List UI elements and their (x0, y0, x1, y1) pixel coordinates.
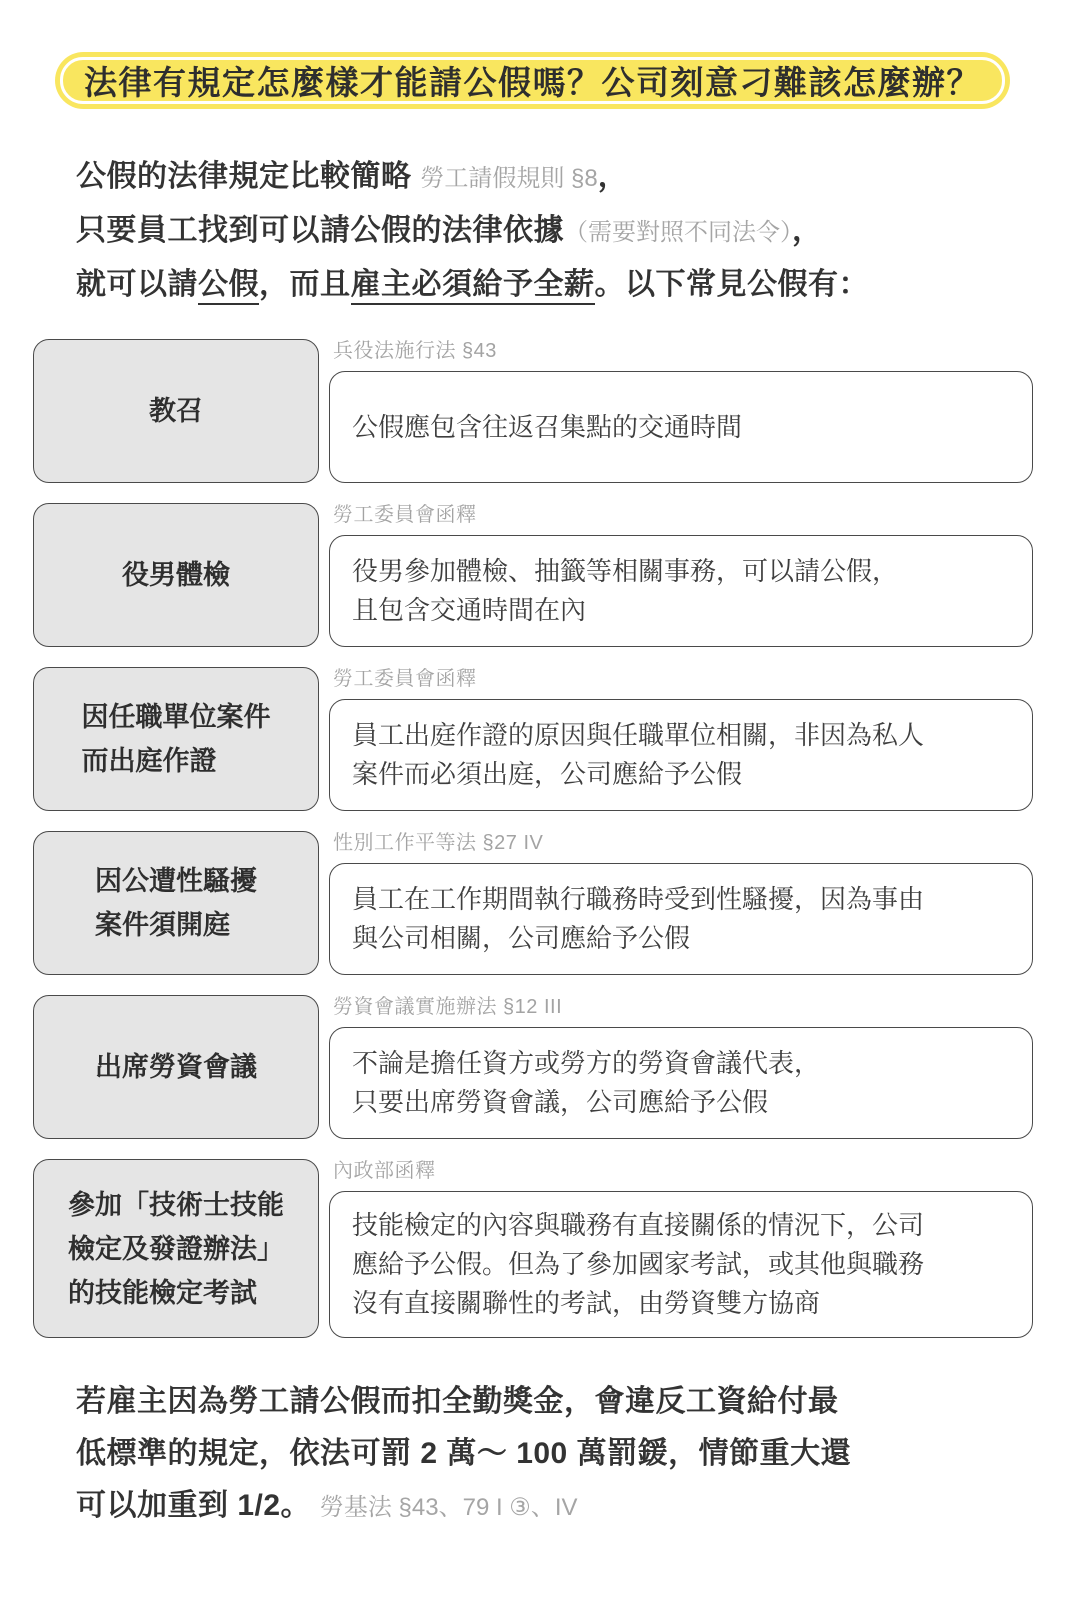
intro-paragraph: 公假的法律規定比較簡略 勞工請假規則 §8， 只要員工找到可以請公假的法律依據（… (76, 151, 1035, 311)
description-box: 員工出庭作證的原因與任職單位相關，非因為私人 案件而必須出庭，公司應給予公假 (329, 699, 1033, 811)
leave-row-military-recall: 教召 兵役法施行法 §43 公假應包含往返召集點的交通時間 (33, 339, 1033, 483)
title-banner: 法律有規定怎麼樣才能請公假嗎？公司刻意刁難該怎麼辦？ (55, 52, 1010, 109)
leave-row-harassment-hearing: 因公遭性騷擾 案件須開庭 性別工作平等法 §27 IV 員工在工作期間執行職務時… (33, 831, 1033, 975)
page-title: 法律有規定怎麼樣才能請公假嗎？公司刻意刁難該怎麼辦？ (84, 57, 981, 104)
intro-line-2: 只要員工找到可以請公假的法律依據（需要對照不同法令）， (76, 205, 1035, 259)
leave-row-court-witness: 因任職單位案件 而出庭作證 勞工委員會函釋 員工出庭作證的原因與任職單位相關，非… (33, 667, 1033, 811)
footer-paragraph: 若雇主因為勞工請公假而扣全勤獎金，會違反工資給付最 低標準的規定，依法可罰 2 … (76, 1376, 1025, 1534)
description-box: 員工在工作期間執行職務時受到性騷擾，因為事由 與公司相關，公司應給予公假 (329, 863, 1033, 975)
description-text: 不論是擔任資方或勞方的勞資會議代表， 只要出席勞資會議，公司應給予公假 (352, 1044, 820, 1122)
intro-line-3: 就可以請公假，而且雇主必須給予全薪。以下常見公假有： (76, 259, 1035, 311)
law-source-label: 性別工作平等法 §27 IV (333, 831, 1033, 855)
description-box: 不論是擔任資方或勞方的勞資會議代表， 只要出席勞資會議，公司應給予公假 (329, 1027, 1033, 1139)
intro-underline-gongjia: 公假 (198, 268, 259, 305)
footer-text: 若雇主因為勞工請公假而扣全勤獎金，會違反工資給付最 低標準的規定，依法可罰 2 … (76, 1376, 1025, 1534)
category-box: 役男體檢 (33, 503, 319, 647)
intro-line-1: 公假的法律規定比較簡略 勞工請假規則 §8， (76, 151, 1035, 205)
description-text: 公假應包含往返召集點的交通時間 (352, 408, 742, 447)
intro-line-3-part-2: ，而且 (259, 268, 351, 301)
description-text: 員工在工作期間執行職務時受到性騷擾，因為事由 與公司相關，公司應給予公假 (352, 880, 924, 958)
category-label: 教召 (149, 389, 203, 433)
intro-line-3-part-3: 。以下常見公假有： (595, 268, 870, 301)
description-box: 役男參加體檢、抽籤等相關事務，可以請公假， 且包含交通時間在內 (329, 535, 1033, 647)
description-box: 技能檢定的內容與職務有直接關係的情況下，公司 應給予公假。但為了參加國家考試，或… (329, 1191, 1033, 1338)
category-box: 教召 (33, 339, 319, 483)
description-text: 役男參加體檢、抽籤等相關事務，可以請公假， 且包含交通時間在內 (352, 552, 898, 630)
row-content: 兵役法施行法 §43 公假應包含往返召集點的交通時間 (329, 339, 1033, 483)
row-content: 內政部函釋 技能檢定的內容與職務有直接關係的情況下，公司 應給予公假。但為了參加… (329, 1159, 1033, 1338)
law-source-label: 勞工委員會函釋 (333, 667, 1033, 691)
intro-line-1-main: 公假的法律規定比較簡略 (76, 160, 412, 193)
category-label: 因公遭性騷擾 案件須開庭 (95, 859, 257, 947)
intro-line-2-tail: ， (792, 214, 823, 247)
row-content: 性別工作平等法 §27 IV 員工在工作期間執行職務時受到性騷擾，因為事由 與公… (329, 831, 1033, 975)
row-content: 勞工委員會函釋 役男參加體檢、抽籤等相關事務，可以請公假， 且包含交通時間在內 (329, 503, 1033, 647)
category-box: 出席勞資會議 (33, 995, 319, 1139)
intro-line-3-part-1: 就可以請 (76, 268, 198, 301)
law-source-label: 勞資會議實施辦法 §12 III (333, 995, 1033, 1019)
leave-row-labor-meeting: 出席勞資會議 勞資會議實施辦法 §12 III 不論是擔任資方或勞方的勞資會議代… (33, 995, 1033, 1139)
category-label: 參加「技術士技能 檢定及發證辦法」 的技能檢定考試 (68, 1183, 284, 1315)
public-leave-infographic: 法律有規定怎麼樣才能請公假嗎？公司刻意刁難該怎麼辦？ 公假的法律規定比較簡略 勞… (0, 52, 1065, 1534)
intro-line-1-tail: ， (598, 160, 629, 193)
leave-row-skill-certification: 參加「技術士技能 檢定及發證辦法」 的技能檢定考試 內政部函釋 技能檢定的內容與… (33, 1159, 1033, 1338)
row-content: 勞資會議實施辦法 §12 III 不論是擔任資方或勞方的勞資會議代表， 只要出席… (329, 995, 1033, 1139)
law-source-label: 內政部函釋 (333, 1159, 1033, 1183)
category-box: 因任職單位案件 而出庭作證 (33, 667, 319, 811)
row-content: 勞工委員會函釋 員工出庭作證的原因與任職單位相關，非因為私人 案件而必須出庭，公… (329, 667, 1033, 811)
category-label: 因任職單位案件 而出庭作證 (82, 695, 271, 783)
law-source-label: 兵役法施行法 §43 (333, 339, 1033, 363)
description-text: 員工出庭作證的原因與任職單位相關，非因為私人 案件而必須出庭，公司應給予公假 (352, 716, 924, 794)
law-source-label: 勞工委員會函釋 (333, 503, 1033, 527)
intro-line-1-law-note: 勞工請假規則 §8 (420, 165, 597, 192)
category-box: 參加「技術士技能 檢定及發證辦法」 的技能檢定考試 (33, 1159, 319, 1338)
intro-line-2-main: 只要員工找到可以請公假的法律依據 (76, 214, 564, 247)
intro-line-2-paren-note: （需要對照不同法令） (564, 219, 792, 246)
leave-row-conscript-physical: 役男體檢 勞工委員會函釋 役男參加體檢、抽籤等相關事務，可以請公假， 且包含交通… (33, 503, 1033, 647)
footer-law-note: 勞基法 §43、79 I ③、IV (320, 1494, 578, 1521)
description-text: 技能檢定的內容與職務有直接關係的情況下，公司 應給予公假。但為了參加國家考試，或… (352, 1206, 924, 1323)
leave-types-table: 教召 兵役法施行法 §43 公假應包含往返召集點的交通時間 役男體檢 勞工委員會… (33, 339, 1033, 1338)
category-box: 因公遭性騷擾 案件須開庭 (33, 831, 319, 975)
category-label: 役男體檢 (122, 553, 230, 597)
category-label: 出席勞資會議 (95, 1045, 257, 1089)
description-box: 公假應包含往返召集點的交通時間 (329, 371, 1033, 483)
intro-underline-full-pay: 雇主必須給予全薪 (351, 268, 595, 305)
